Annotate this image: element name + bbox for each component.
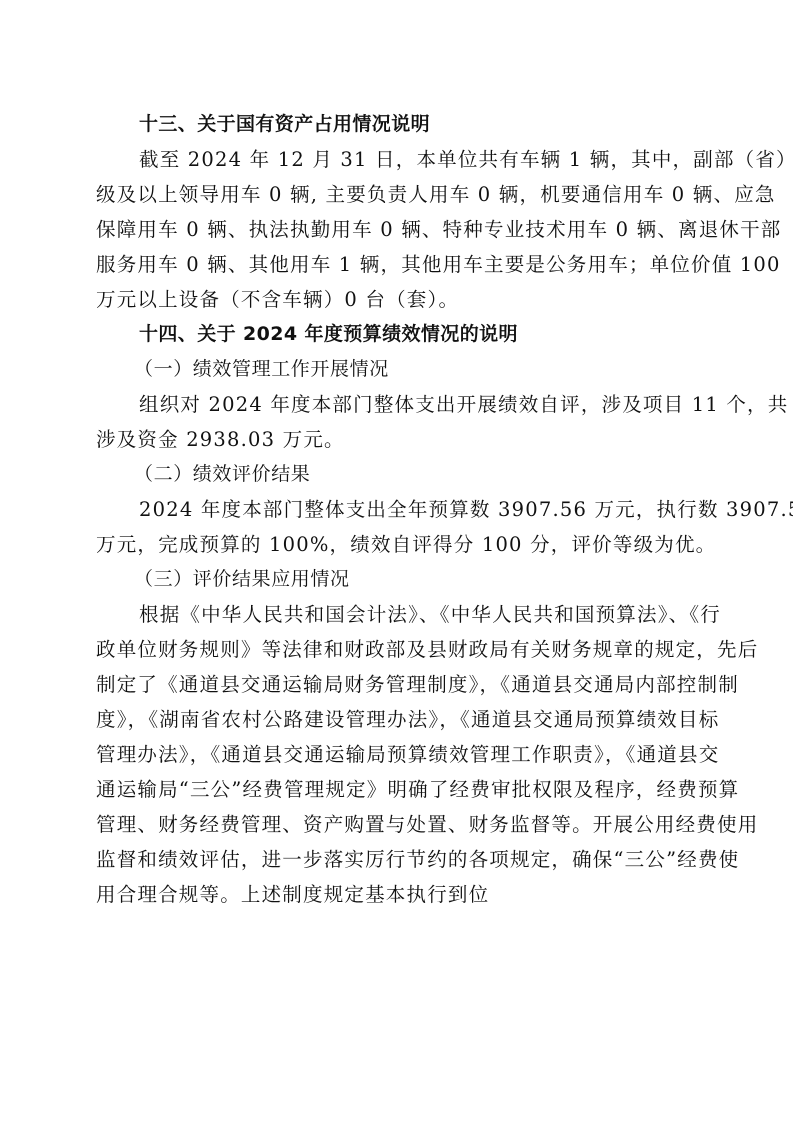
section-13-line: 保障用车 0 辆、执法执勤用车 0 辆、特种专业技术用车 0 辆、离退休干部 [96,212,699,247]
subsection-3-line: 度》，《湖南省农村公路建设管理办法》，《通道县交通局预算绩效目标 [96,702,699,737]
subsection-2-line: 万元，完成预算的 100%，绩效自评得分 100 分，评价等级为优。 [96,527,699,562]
subsection-1-title: （一）绩效管理工作开展情况 [96,352,699,387]
subsection-3-line: 制定了《通道县交通运输局财务管理制度》，《通道县交通局内部控制制 [96,667,699,702]
subsection-3-line: 管理、财务经费管理、资产购置与处置、财务监督等。开展公用经费使用 [96,807,699,842]
subsection-3-line: 管理办法》，《通道县交通运输局预算绩效管理工作职责》，《通道县交 [96,737,699,772]
subsection-3-line: 根据《中华人民共和国会计法》、《中华人民共和国预算法》、《行 [96,597,699,632]
subsection-3-title: （三）评价结果应用情况 [96,562,699,597]
section-13-heading: 十三、关于国有资产占用情况说明 [96,107,699,142]
subsection-1-line: 涉及资金 2938.03 万元。 [96,422,699,457]
subsection-3-line: 监督和绩效评估，进一步落实厉行节约的各项规定，确保“三公”经费使 [96,842,699,877]
section-13-line: 服务用车 0 辆、其他用车 1 辆，其他用车主要是公务用车；单位价值 100 [96,247,699,282]
section-13-line: 万元以上设备（不含车辆）0 台（套）。 [96,282,699,317]
subsection-1-line: 组织对 2024 年度本部门整体支出开展绩效自评，涉及项目 11 个，共 [96,387,699,422]
subsection-3-line: 政单位财务规则》等法律和财政部及县财政局有关财务规章的规定，先后 [96,632,699,667]
subsection-2-line: 2024 年度本部门整体支出全年预算数 3907.56 万元，执行数 3907.… [96,492,699,527]
subsection-3-line: 用合理合规等。上述制度规定基本执行到位 [96,877,699,912]
section-13-line: 截至 2024 年 12 月 31 日，本单位共有车辆 1 辆，其中，副部（省） [96,142,699,177]
subsection-2-title: （二）绩效评价结果 [96,457,699,492]
section-14-heading: 十四、关于 2024 年度预算绩效情况的说明 [96,317,699,352]
document-page: 十三、关于国有资产占用情况说明 截至 2024 年 12 月 31 日，本单位共… [96,107,699,912]
section-13-line: 级及以上领导用车 0 辆, 主要负责人用车 0 辆，机要通信用车 0 辆、应急 [96,177,699,212]
subsection-3-line: 通运输局“三公”经费管理规定》明确了经费审批权限及程序，经费预算 [96,772,699,807]
